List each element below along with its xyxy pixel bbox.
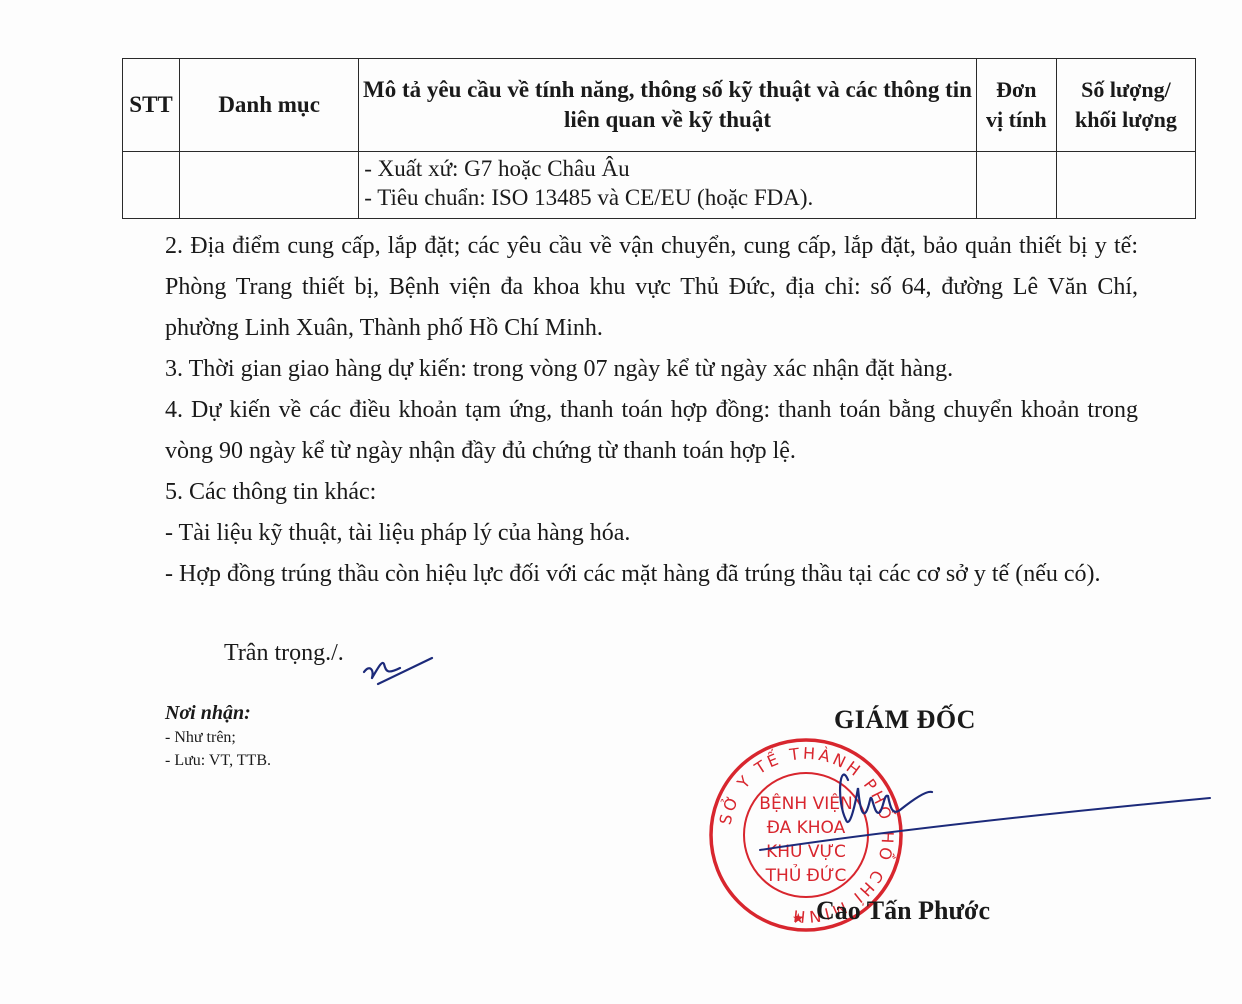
spec-table: STT Danh mục Mô tả yêu cầu về tính năng,… xyxy=(122,58,1196,219)
paragraph-other-info-bullet: - Hợp đồng trúng thầu còn hiệu lực đối v… xyxy=(165,554,1138,595)
table-row: - Xuất xứ: G7 hoặc Châu Âu - Tiêu chuẩn:… xyxy=(123,152,1196,219)
paragraph-delivery-location: 2. Địa điểm cung cấp, lắp đặt; các yêu c… xyxy=(165,226,1138,349)
svg-text:★: ★ xyxy=(792,911,805,927)
description-line: - Xuất xứ: G7 hoặc Châu Âu xyxy=(364,154,972,183)
header-quantity: Số lượng/ khối lượng xyxy=(1056,59,1195,152)
paragraph-other-info-title: 5. Các thông tin khác: xyxy=(165,472,1138,513)
header-quantity-line1: Số lượng/ xyxy=(1081,77,1171,102)
header-unit-line1: Đơn xyxy=(996,77,1036,102)
recipient-item: - Lưu: VT, TTB. xyxy=(165,749,271,772)
signature-icon xyxy=(700,740,1220,870)
cell-quantity xyxy=(1056,152,1195,219)
signer-title: GIÁM ĐỐC xyxy=(834,705,976,735)
cell-description: - Xuất xứ: G7 hoặc Châu Âu - Tiêu chuẩn:… xyxy=(359,152,977,219)
description-line: - Tiêu chuẩn: ISO 13485 và CE/EU (hoặc F… xyxy=(364,183,972,212)
recipients-title: Nơi nhận: xyxy=(165,700,271,726)
header-unit-line2: vị tính xyxy=(986,107,1047,132)
closing-text: Trân trọng./. xyxy=(224,640,344,667)
table-header-row: STT Danh mục Mô tả yêu cầu về tính năng,… xyxy=(123,59,1196,152)
signer-name: Cao Tấn Phước xyxy=(816,896,990,926)
header-stt: STT xyxy=(123,59,180,152)
paragraph-payment-terms: 4. Dự kiến về các điều khoản tạm ứng, th… xyxy=(165,390,1138,472)
initial-mark-icon xyxy=(360,650,440,690)
header-description: Mô tả yêu cầu về tính năng, thông số kỹ … xyxy=(359,59,977,152)
cell-category xyxy=(180,152,359,219)
header-unit: Đơn vị tính xyxy=(976,59,1056,152)
cell-unit xyxy=(976,152,1056,219)
paragraph-delivery-time: 3. Thời gian giao hàng dự kiến: trong vò… xyxy=(165,349,1138,390)
header-category: Danh mục xyxy=(180,59,359,152)
recipient-item: - Như trên; xyxy=(165,726,271,749)
paragraph-other-info-bullet: - Tài liệu kỹ thuật, tài liệu pháp lý củ… xyxy=(165,513,1138,554)
cell-stt xyxy=(123,152,180,219)
header-quantity-line2: khối lượng xyxy=(1075,107,1177,132)
body-text: 2. Địa điểm cung cấp, lắp đặt; các yêu c… xyxy=(165,226,1138,595)
document-page: STT Danh mục Mô tả yêu cầu về tính năng,… xyxy=(0,0,1242,1004)
recipients-block: Nơi nhận: - Như trên; - Lưu: VT, TTB. xyxy=(165,700,271,772)
